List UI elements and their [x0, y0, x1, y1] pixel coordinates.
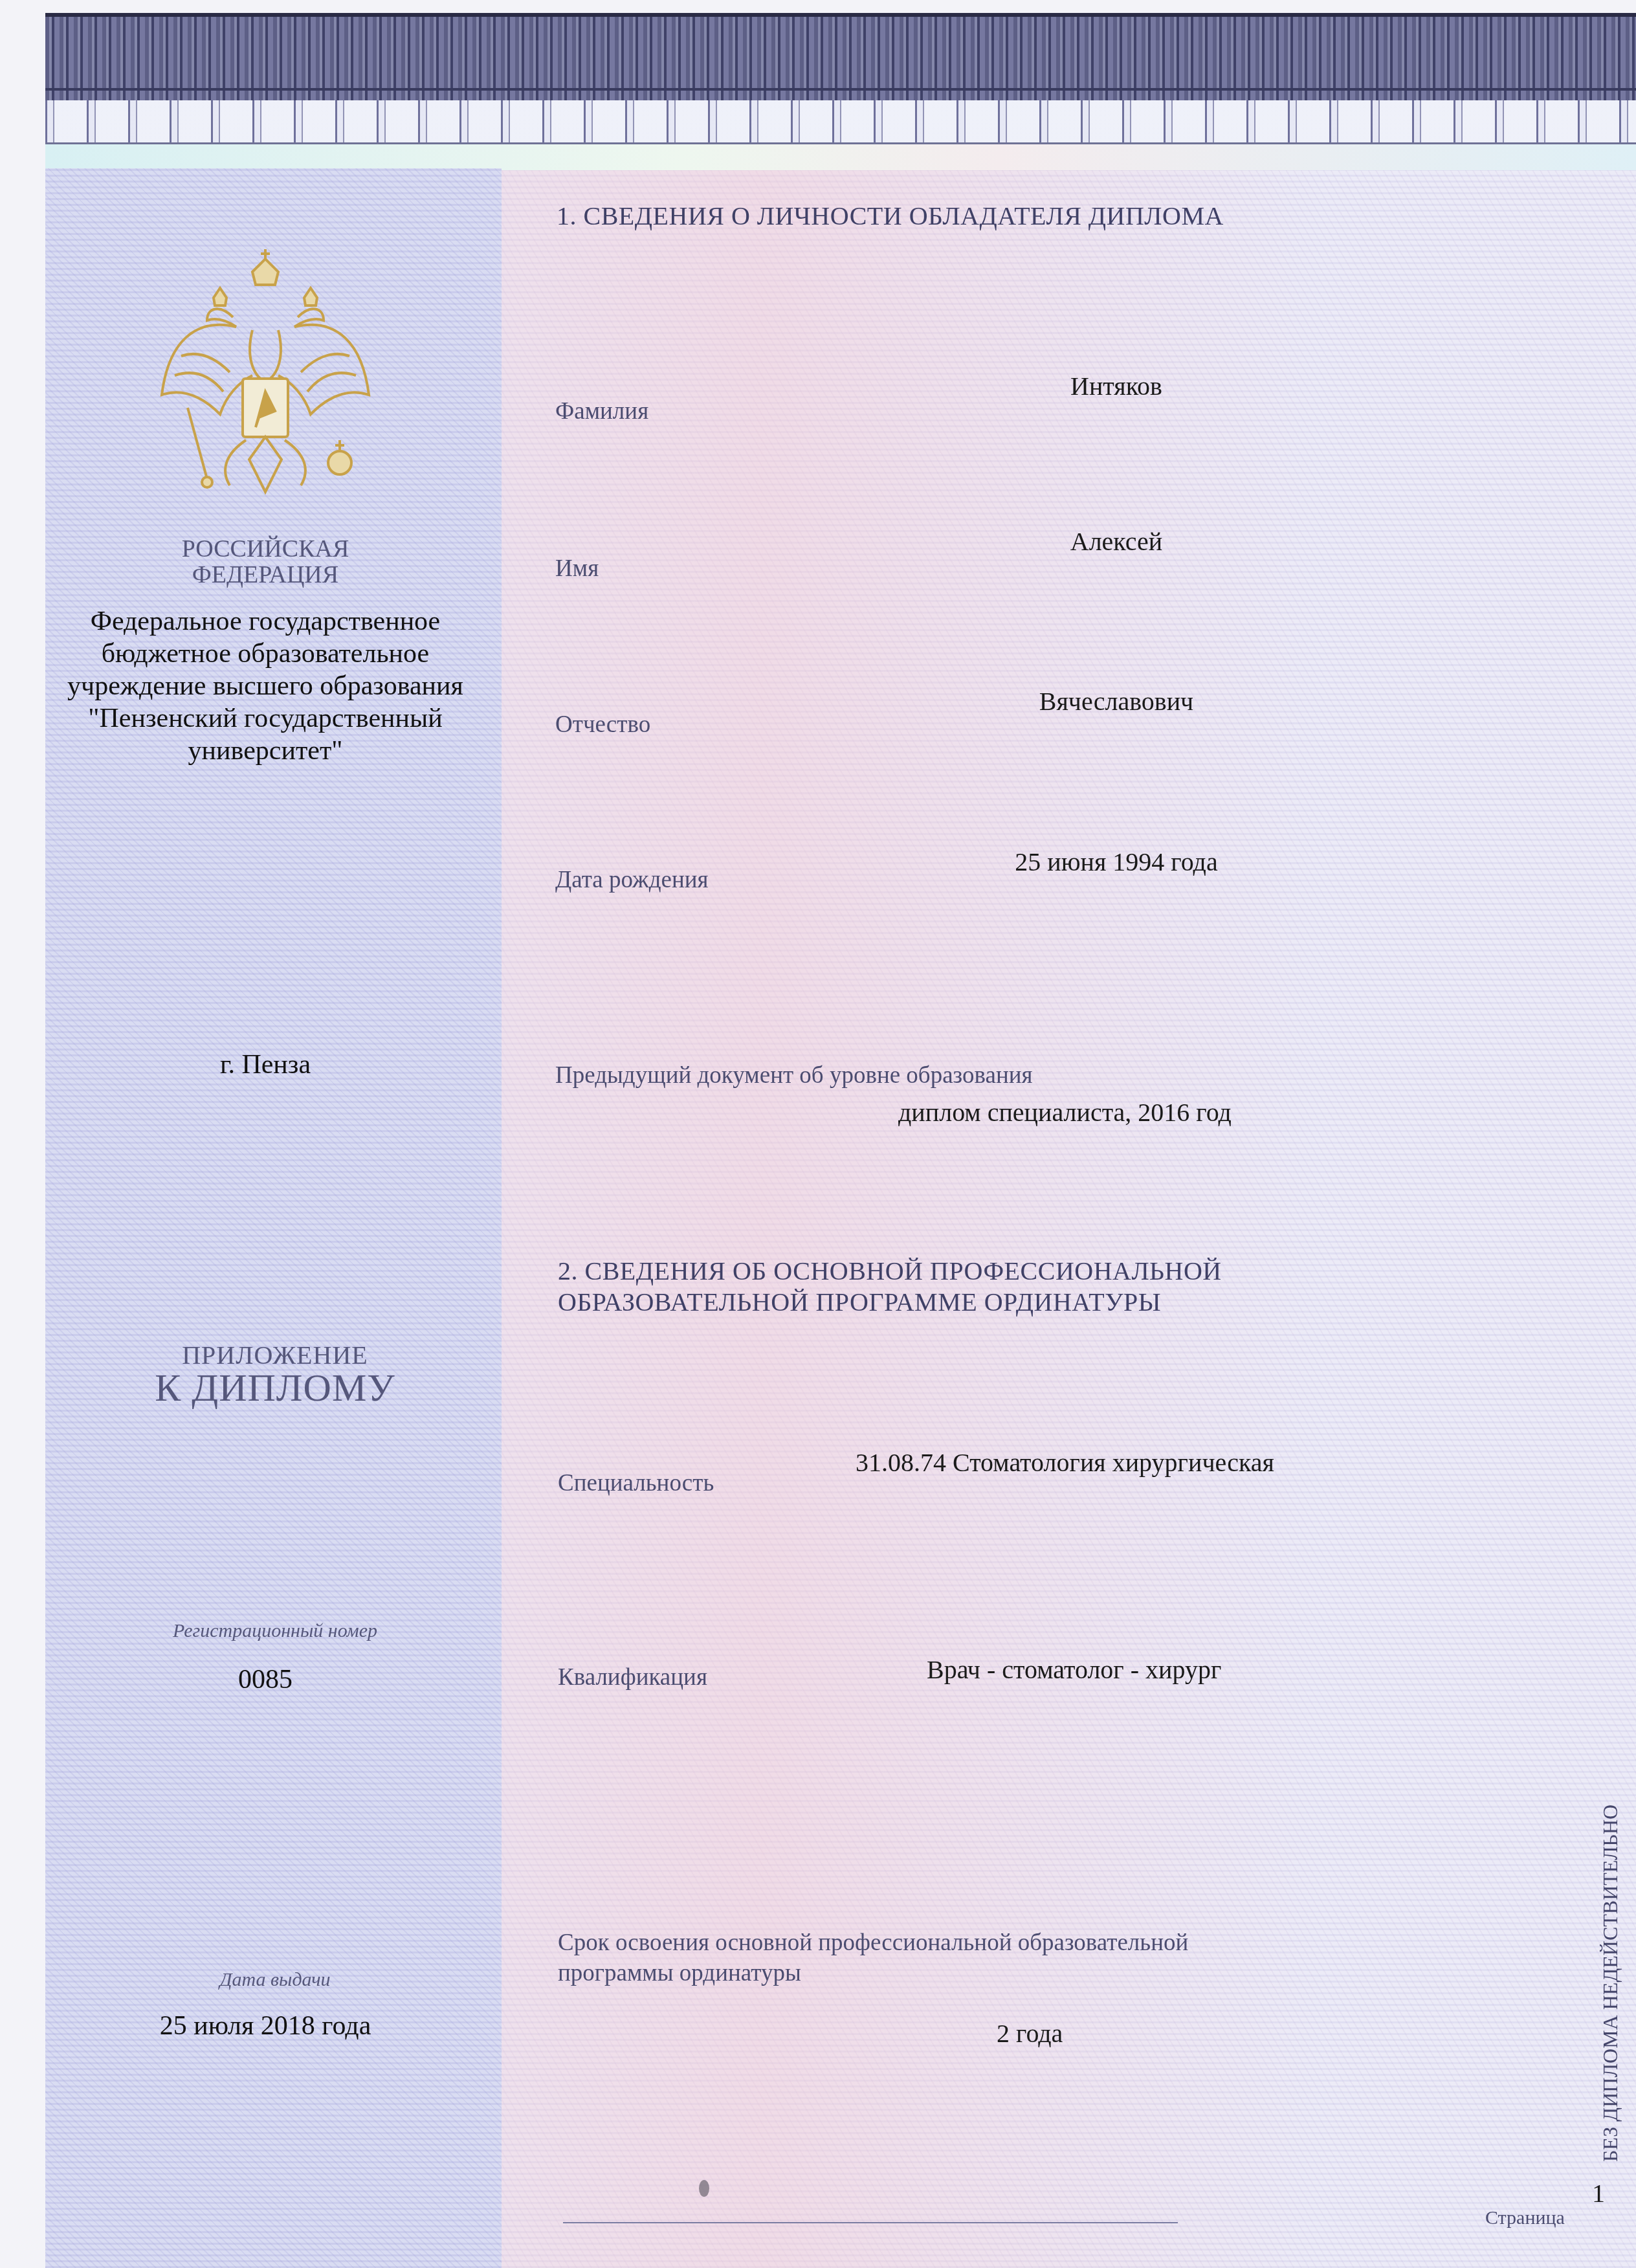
russian-coat-of-arms-icon: [155, 246, 375, 505]
birth-date-value: 25 июня 1994 года: [938, 847, 1294, 877]
country-name: РОССИЙСКАЯ ФЕДЕРАЦИЯ: [129, 536, 401, 588]
previous-document-label: Предыдущий документ об уровне образовани…: [555, 1062, 1033, 1089]
issue-date-label: Дата выдачи: [129, 1969, 421, 1991]
qualification-value: Врач - стоматолог - хирург: [927, 1654, 1221, 1685]
title-line-2: К ДИПЛОМУ: [129, 1366, 421, 1410]
issue-date: 25 июля 2018 года: [129, 2010, 401, 2042]
organization-line: "Пензенский государственный: [39, 702, 492, 735]
organization-line: учреждение высшего образования: [39, 670, 492, 702]
security-stripe: [45, 142, 1636, 170]
section2-heading-line1: 2. СВЕДЕНИЯ ОБ ОСНОВНОЙ ПРОФЕССИОНАЛЬНОЙ: [558, 1256, 1222, 1286]
scan-artifact: [699, 2180, 709, 2197]
organization-line: университет": [39, 735, 492, 767]
previous-document-value: диплом специалиста, 2016 год: [898, 1097, 1232, 1128]
section1-heading: 1. СВЕДЕНИЯ О ЛИЧНОСТИ ОБЛАДАТЕЛЯ ДИПЛОМ…: [557, 201, 1224, 231]
signature-line: [563, 2222, 1178, 2223]
duration-label-line2: программы ординатуры: [558, 1959, 801, 1987]
qualification-label: Квалификация: [558, 1663, 707, 1691]
country-line-2: ФЕДЕРАЦИЯ: [129, 562, 401, 588]
surname-label: Фамилия: [555, 397, 648, 425]
reg-number-label: Регистрационный номер: [129, 1620, 421, 1642]
duration-label-line1: Срок освоения основной профессиональной …: [558, 1929, 1188, 1957]
surname-value: Интяков: [938, 371, 1294, 401]
first-name-label: Имя: [555, 555, 599, 583]
specialty-label: Специальность: [558, 1469, 714, 1497]
organization-line: бюджетное образовательное: [39, 638, 492, 670]
specialty-value: 31.08.74 Стоматология хирургическая: [856, 1447, 1274, 1478]
validity-note: БЕЗ ДИПЛОМА НЕДЕЙСТВИТЕЛЬНО: [1598, 1805, 1622, 2162]
patronymic-label: Отчество: [555, 711, 650, 739]
organization-line: Федеральное государственное: [39, 605, 492, 638]
country-line-1: РОССИЙСКАЯ: [129, 536, 401, 562]
organization-name: Федеральное государственное бюджетное об…: [39, 605, 492, 767]
birth-date-label: Дата рождения: [555, 866, 709, 894]
reg-number: 0085: [129, 1663, 401, 1696]
city: г. Пенза: [129, 1049, 401, 1081]
duration-value: 2 года: [997, 2018, 1063, 2049]
security-border-band: [45, 13, 1636, 104]
first-name-value: Алексей: [938, 526, 1294, 557]
page-number: 1: [1592, 2178, 1605, 2208]
page-label: Страница: [1485, 2207, 1565, 2229]
patronymic-value: Вячеславович: [938, 686, 1294, 717]
section2-heading-line2: ОБРАЗОВАТЕЛЬНОЙ ПРОГРАММЕ ОРДИНАТУРЫ: [558, 1287, 1161, 1317]
